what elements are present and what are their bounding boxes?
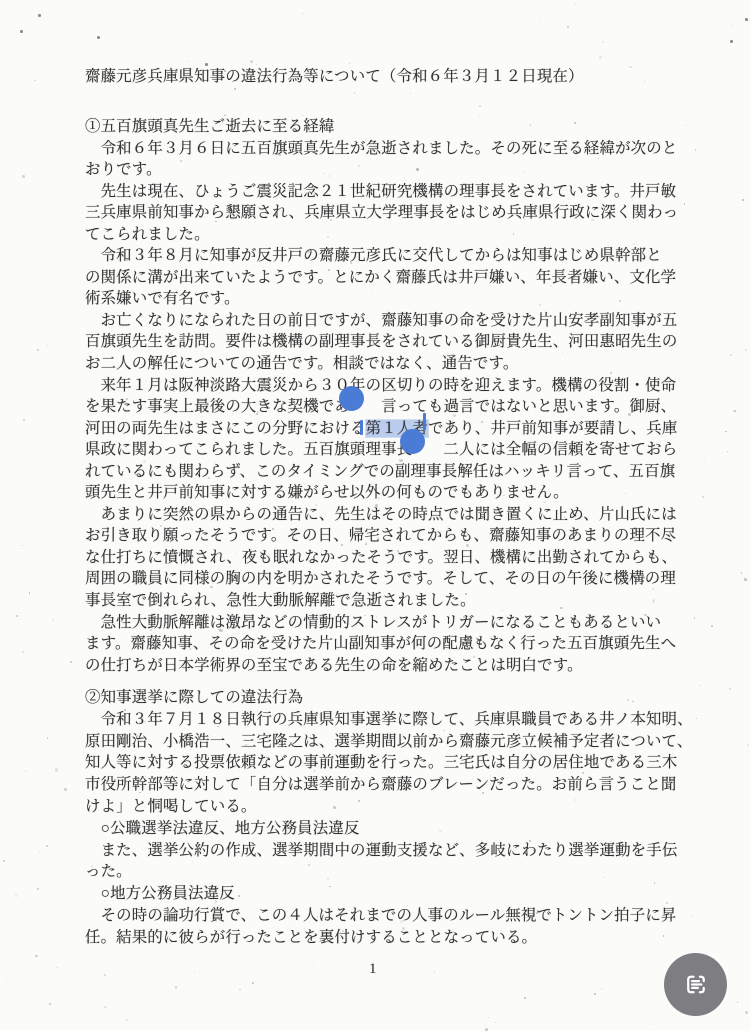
document-line: 周囲の職員に同様の胸の内を明かされたそうです。そして、その日の午後に機構の理 xyxy=(85,568,677,590)
document-line: けよ」と恫喝している。 xyxy=(85,796,677,818)
document-line: 三兵庫県前知事から懇願され、兵庫県立大学理事長をはじめ兵庫県行政に深く関わっ xyxy=(85,202,677,224)
selection-handle-start[interactable] xyxy=(339,386,364,411)
document-line: あまりに突然の県からの通告に、先生はその時点では聞き置くに止め、片山氏には xyxy=(85,504,677,526)
document-line: また、選挙公約の作成、選挙期間中の運動支援など、多岐にわたり選挙運動を手伝 xyxy=(85,840,677,862)
document-line: 先生は現在、ひょうご震災記念２１世紀研究機構の理事長をされています。井戸敏 xyxy=(85,181,677,203)
document-line: 頭先生と井戸前知事に対する嫌がらせ以外の何ものでもありません。 xyxy=(85,482,677,504)
document-line: お二人の解任についての通告です。相談ではなく、通告です。 xyxy=(85,353,677,375)
document-line: 知人等に対する投票依頼などの事前運動を行った。三宅氏は自分の居住地である三木 xyxy=(85,752,677,774)
text-scan-icon xyxy=(680,969,711,1000)
document-line: な仕打ちに憤慨され、夜も眠れなかったそうです。翌日、機構に出勤されてからも、 xyxy=(85,547,677,569)
document-line: お引き取り願ったそうです。その日、帰宅されてからも、齋藤知事のあまりの理不尽 xyxy=(85,525,677,547)
selection-caret-start xyxy=(360,420,363,435)
document-line: てこられました。 xyxy=(85,224,677,246)
scanned-document-page: 齋藤元彦兵庫県知事の違法行為等について（令和６年３月１２日現在） ①五百旗頭真先… xyxy=(0,0,750,1031)
page-number: 1 xyxy=(369,960,377,978)
document-title: 齋藤元彦兵庫県知事の違法行為等について（令和６年３月１２日現在） xyxy=(85,66,685,87)
document-line: 令和６年３月６日に五百旗頭真先生が急逝されました。その死に至る経緯が次のと xyxy=(85,138,677,160)
document-line: その時の論功行賞で、この４人はそれまでの人事のルール無視でトントン拍子に昇 xyxy=(85,905,677,927)
document-line: 県政に関わってこられました。五百旗頭理事長 二人には全幅の信頼を寄せておら xyxy=(85,439,677,461)
document-line: ○地方公務員法違反 xyxy=(85,883,677,905)
document-line: 河田の両先生はまさにこの分野における第１人者であり、井戸前知事が要請し、兵庫 xyxy=(85,418,677,440)
document-line: ます。齋藤知事、その命を受けた片山副知事が何の配慮もなく行った五百旗頭先生へ xyxy=(85,633,677,655)
document-line: ①五百旗頭真先生ご逝去に至る経緯 xyxy=(85,116,677,138)
document-line: 事長室で倒れられ、急性大動脈解離で急逝されました。 xyxy=(85,590,677,612)
document-line: れているにも関わらず、このタイミングでの副理事長解任はハッキリ言って、五百旗 xyxy=(85,461,677,483)
document-line: った。 xyxy=(85,861,677,883)
document-line: 原田剛治、小橋浩一、三宅隆之は、選挙期間以前から齋藤元彦立候補予定者について、 xyxy=(85,731,677,753)
document-line: の関係に溝が出来ていたようです。とにかく齋藤氏は井戸嫌い、年長者嫌い、文化学 xyxy=(85,267,677,289)
document-line: 急性大動脈解離は激昂などの情動的ストレスがトリガーになることもあるといい xyxy=(85,612,677,634)
selection-handle-end[interactable] xyxy=(400,429,425,454)
document-line: 市役所幹部等に対して「自分は選挙前から齋藤のブレーンだった。お前ら言うこと聞 xyxy=(85,774,677,796)
document-line: 術系嫌いで有名です。 xyxy=(85,288,677,310)
document-line: の仕打ちが日本学術界の至宝である先生の命を縮めたことは明白です。 xyxy=(85,655,677,677)
document-line: 任。結果的に彼らが行ったことを裏付けすることとなっている。 xyxy=(85,927,677,949)
document-line: お亡くなりになられた日の前日ですが、齋藤知事の命を受けた片山安孝副知事が五 xyxy=(85,310,677,332)
document-line: 令和３年８月に知事が反井戸の齋藤元彦氏に交代してからは知事はじめ県幹部と xyxy=(85,245,677,267)
document-line: 来年１月は阪神淡路大震災から３０年の区切りの時を迎えます。機構の役割・使命 xyxy=(85,375,677,397)
document-line: 令和３年７月１８日執行の兵庫県知事選挙に際して、兵庫県職員である井ノ本知明、 xyxy=(85,709,677,731)
document-section-2: ②知事選挙に際しての違法行為 令和３年７月１８日執行の兵庫県知事選挙に際して、兵… xyxy=(85,687,677,949)
selection-caret-end xyxy=(423,413,426,430)
document-line: おりです。 xyxy=(85,159,677,181)
document-line: 百旗頭先生を訪問。要件は機構の副理事長をされている御厨貴先生、河田惠昭先生の xyxy=(85,331,677,353)
text-scan-button[interactable] xyxy=(664,953,727,1016)
document-line: ○公職選挙法違反、地方公務員法違反 xyxy=(85,818,677,840)
document-line: を果たす事実上最後の大きな契機であ 言っても過言ではないと思います。御厨、 xyxy=(85,396,677,418)
document-section-1: ①五百旗頭真先生ご逝去に至る経緯 令和６年３月６日に五百旗頭真先生が急逝されまし… xyxy=(85,116,677,676)
document-line: ②知事選挙に際しての違法行為 xyxy=(85,687,677,709)
